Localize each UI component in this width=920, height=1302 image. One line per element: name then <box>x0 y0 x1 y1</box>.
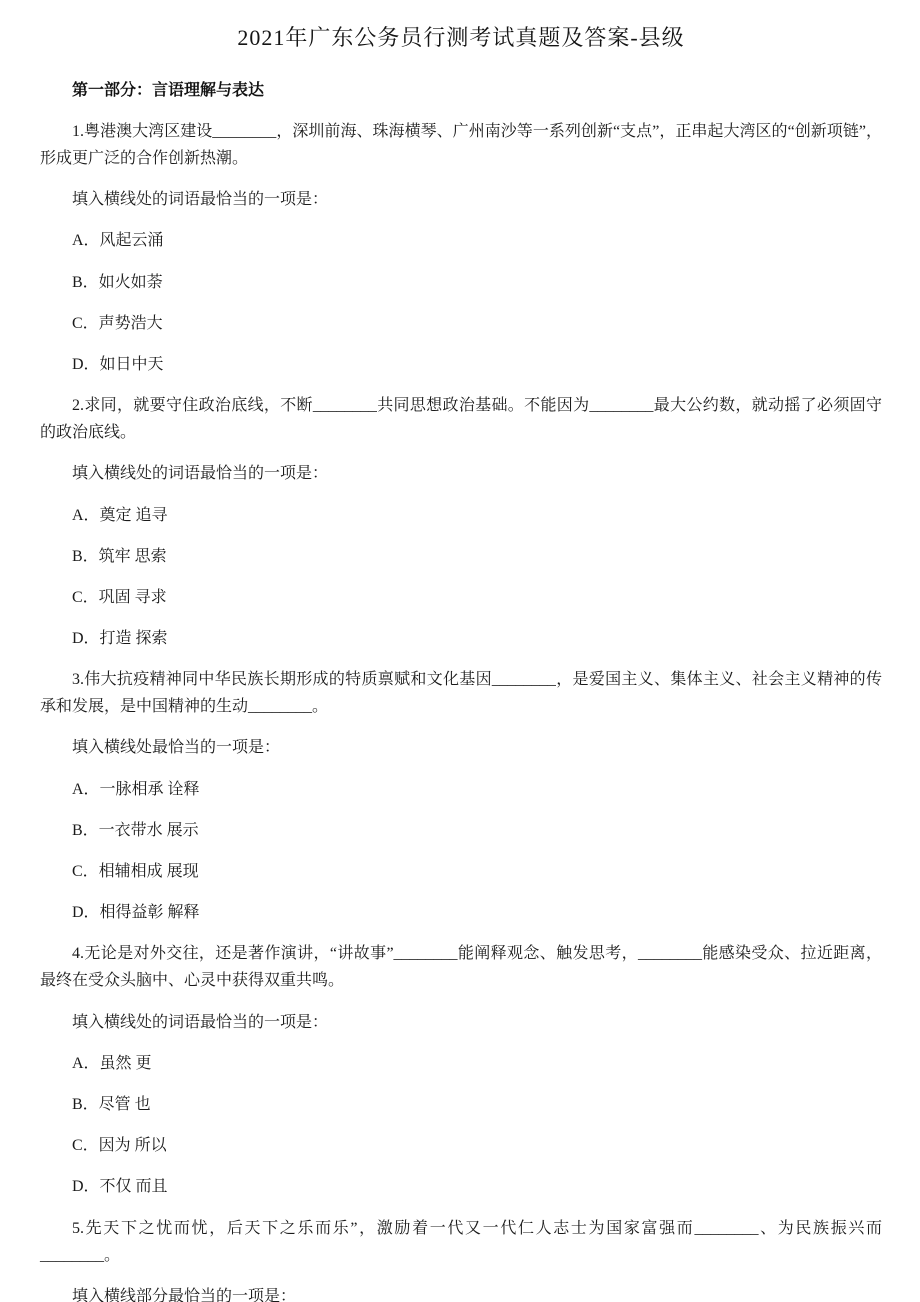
question-4: 4.无论是对外交往，还是著作演讲，“讲故事”________能阐释观念、触发思考… <box>40 940 882 1200</box>
question-4-option-a: A．虽然 更 <box>40 1050 882 1077</box>
question-2-stem: 2.求同，就要守住政治底线，不断________共同思想政治基础。不能因为___… <box>40 392 882 446</box>
question-2-option-d: D．打造 探索 <box>40 625 882 652</box>
question-1-option-b: B．如火如荼 <box>40 269 882 296</box>
question-3-option-c: C．相辅相成 展现 <box>40 858 882 885</box>
question-5: 5.先天下之忧而忧，后天下之乐而乐”，激励着一代又一代仁人志士为国家富强而___… <box>40 1215 882 1302</box>
question-3-option-b: B．一衣带水 展示 <box>40 817 882 844</box>
question-4-option-d: D．不仅 而且 <box>40 1173 882 1200</box>
question-2-option-b: B．筑牢 思索 <box>40 543 882 570</box>
question-3-option-d: D．相得益彰 解释 <box>40 899 882 926</box>
question-2-option-a: A．奠定 追寻 <box>40 502 882 529</box>
question-1-option-c: C．声势浩大 <box>40 310 882 337</box>
section-heading: 第一部分：言语理解与表达 <box>40 77 882 104</box>
question-1-fill-prompt: 填入横线处的词语最恰当的一项是： <box>40 186 882 213</box>
question-2-option-c: C．巩固 寻求 <box>40 584 882 611</box>
question-2: 2.求同，就要守住政治底线，不断________共同思想政治基础。不能因为___… <box>40 392 882 652</box>
question-1-option-d: D．如日中天 <box>40 351 882 378</box>
question-4-fill-prompt: 填入横线处的词语最恰当的一项是： <box>40 1009 882 1036</box>
question-2-fill-prompt: 填入横线处的词语最恰当的一项是： <box>40 460 882 487</box>
question-5-stem: 5.先天下之忧而忧，后天下之乐而乐”，激励着一代又一代仁人志士为国家富强而___… <box>40 1215 882 1269</box>
question-1-option-a: A．风起云涌 <box>40 227 882 254</box>
question-3-fill-prompt: 填入横线处最恰当的一项是： <box>40 734 882 761</box>
exam-document-page: 2021年广东公务员行测考试真题及答案-县级 第一部分：言语理解与表达 1.粤港… <box>0 0 920 1302</box>
question-5-fill-prompt: 填入横线部分最恰当的一项是： <box>40 1283 882 1302</box>
question-4-option-b: B．尽管 也 <box>40 1091 882 1118</box>
question-1: 1.粤港澳大湾区建设________，深圳前海、珠海横琴、广州南沙等一系列创新“… <box>40 118 882 378</box>
question-4-stem: 4.无论是对外交往，还是著作演讲，“讲故事”________能阐释观念、触发思考… <box>40 940 882 994</box>
question-1-stem: 1.粤港澳大湾区建设________，深圳前海、珠海横琴、广州南沙等一系列创新“… <box>40 118 882 172</box>
question-3-option-a: A．一脉相承 诠释 <box>40 776 882 803</box>
question-3-stem: 3.伟大抗疫精神同中华民族长期形成的特质禀赋和文化基因________，是爱国主… <box>40 666 882 720</box>
question-4-option-c: C．因为 所以 <box>40 1132 882 1159</box>
page-title: 2021年广东公务员行测考试真题及答案-县级 <box>40 22 882 53</box>
question-3: 3.伟大抗疫精神同中华民族长期形成的特质禀赋和文化基因________，是爱国主… <box>40 666 882 926</box>
